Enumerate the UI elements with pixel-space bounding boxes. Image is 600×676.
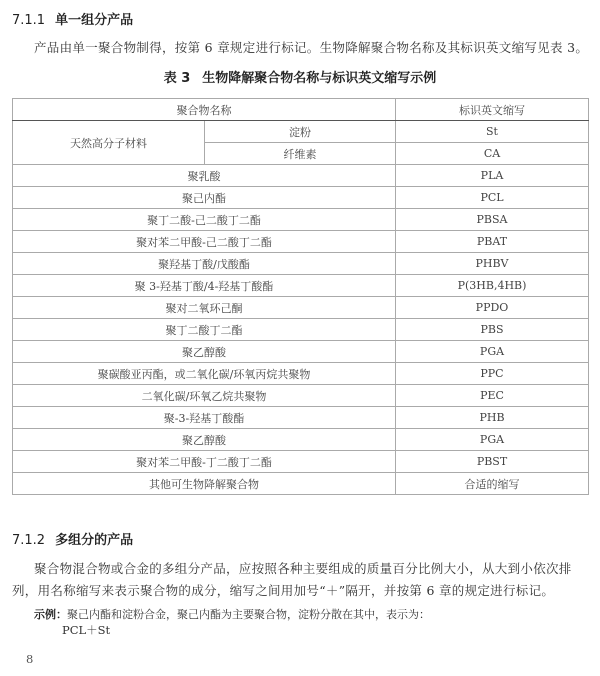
section-title: 多组分的产品 [55, 533, 133, 548]
name-cell: 聚碳酸亚丙酯，或二氧化碳/环氧丙烷共聚物 [13, 363, 396, 385]
abbr-cell: PEC [396, 385, 589, 407]
section-title: 单一组分产品 [55, 13, 133, 28]
group-label-cell: 天然高分子材料 [13, 121, 205, 165]
table-row: 聚对二氧环己酮PPDO [13, 297, 589, 319]
header-abbreviation: 标识英文缩写 [396, 99, 589, 121]
name-cell: 聚对苯二甲酸-丁二酸丁二酯 [13, 451, 396, 473]
section-heading-7-1-2: 7.1.2多组分的产品 [12, 529, 133, 548]
table-row: 聚丁二酸丁二酯PBS [13, 319, 589, 341]
table-row: 聚乳酸PLA [13, 165, 589, 187]
abbr-cell: PPDO [396, 297, 589, 319]
abbr-cell: 合适的缩写 [396, 473, 589, 495]
abbr-cell: CA [396, 143, 589, 165]
table-row: 聚己内酯PCL [13, 187, 589, 209]
section-paragraph-line-1: 聚合物混合物或合金的多组分产品，应按照各种主要组成的质量百分比例大小，从大到小依… [34, 559, 572, 577]
section-paragraph-line-2: 列，用名称缩写来表示聚合物的成分，缩写之间用加号“＋”隔开，并按第 6 章的规定… [12, 581, 554, 599]
section-number: 7.1.1 [12, 13, 45, 28]
table-row: 聚对苯二甲酸-己二酸丁二酯PBAT [13, 231, 589, 253]
name-cell: 聚乳酸 [13, 165, 396, 187]
name-cell: 二氧化碳/环氧乙烷共聚物 [13, 385, 396, 407]
table-row: 聚乙醇酸PGA [13, 429, 589, 451]
name-cell: 聚乙醇酸 [13, 429, 396, 451]
name-cell: 聚 3-羟基丁酸/4-羟基丁酸酯 [13, 275, 396, 297]
name-cell: 聚己内酯 [13, 187, 396, 209]
table-row: 聚碳酸亚丙酯，或二氧化碳/环氧丙烷共聚物PPC [13, 363, 589, 385]
name-cell: 聚对苯二甲酸-己二酸丁二酯 [13, 231, 396, 253]
abbr-cell: PLA [396, 165, 589, 187]
abbr-cell: PBSA [396, 209, 589, 231]
table-row: 聚丁二酸-己二酸丁二酯PBSA [13, 209, 589, 231]
abbr-cell: PHB [396, 407, 589, 429]
abbr-cell: PBAT [396, 231, 589, 253]
abbr-cell: PGA [396, 341, 589, 363]
table-header-row: 聚合物名称 标识英文缩写 [13, 99, 589, 121]
section-number: 7.1.2 [12, 533, 45, 548]
name-cell: 纤维素 [205, 143, 396, 165]
name-cell: 聚羟基丁酸/戊酸酯 [13, 253, 396, 275]
name-cell: 聚丁二酸-己二酸丁二酯 [13, 209, 396, 231]
table-row: 其他可生物降解聚合物合适的缩写 [13, 473, 589, 495]
section-paragraph: 产品由单一聚合物制得，按第 6 章规定进行标记。生物降解聚合物名称及其标识英文缩… [34, 38, 588, 56]
section-heading-7-1-1: 7.1.1单一组分产品 [12, 9, 133, 28]
table-row: 聚对苯二甲酸-丁二酸丁二酯PBST [13, 451, 589, 473]
table-row: 二氧化碳/环氧乙烷共聚物PEC [13, 385, 589, 407]
abbr-cell: PBST [396, 451, 589, 473]
table-row: 聚乙醇酸PGA [13, 341, 589, 363]
name-cell: 聚丁二酸丁二酯 [13, 319, 396, 341]
table-number: 表 3 [164, 71, 191, 86]
abbr-cell: PGA [396, 429, 589, 451]
page-number: 8 [26, 652, 33, 666]
table-row: 天然高分子材料 淀粉 St [13, 121, 589, 143]
name-cell: 其他可生物降解聚合物 [13, 473, 396, 495]
abbr-cell: PHBV [396, 253, 589, 275]
name-cell: 聚乙醇酸 [13, 341, 396, 363]
table-caption: 表 3生物降解聚合物名称与标识英文缩写示例 [0, 67, 600, 86]
abbr-cell: PBS [396, 319, 589, 341]
abbr-cell: St [396, 121, 589, 143]
abbr-cell: PPC [396, 363, 589, 385]
table-row: 聚羟基丁酸/戊酸酯PHBV [13, 253, 589, 275]
table-row: 聚 3-羟基丁酸/4-羟基丁酸酯P(3HB,4HB) [13, 275, 589, 297]
header-polymer-name: 聚合物名称 [13, 99, 396, 121]
table-title: 生物降解聚合物名称与标识英文缩写示例 [202, 71, 436, 86]
abbr-cell: PCL [396, 187, 589, 209]
polymer-abbreviation-table: 聚合物名称 标识英文缩写 天然高分子材料 淀粉 St 纤维素 CA 聚乳酸PLA… [12, 98, 589, 495]
abbr-cell: P(3HB,4HB) [396, 275, 589, 297]
example-label: 示例： [34, 608, 67, 621]
name-cell: 淀粉 [205, 121, 396, 143]
example-text: 聚己内酯和淀粉合金，聚己内酯为主要聚合物，淀粉分散在其中，表示为： [67, 608, 430, 621]
name-cell: 聚-3-羟基丁酸酯 [13, 407, 396, 429]
table-row: 聚-3-羟基丁酸酯PHB [13, 407, 589, 429]
name-cell: 聚对二氧环己酮 [13, 297, 396, 319]
example-formula: PCL＋St [62, 622, 110, 638]
example-line: 示例：聚己内酯和淀粉合金，聚己内酯为主要聚合物，淀粉分散在其中，表示为： [34, 603, 430, 622]
